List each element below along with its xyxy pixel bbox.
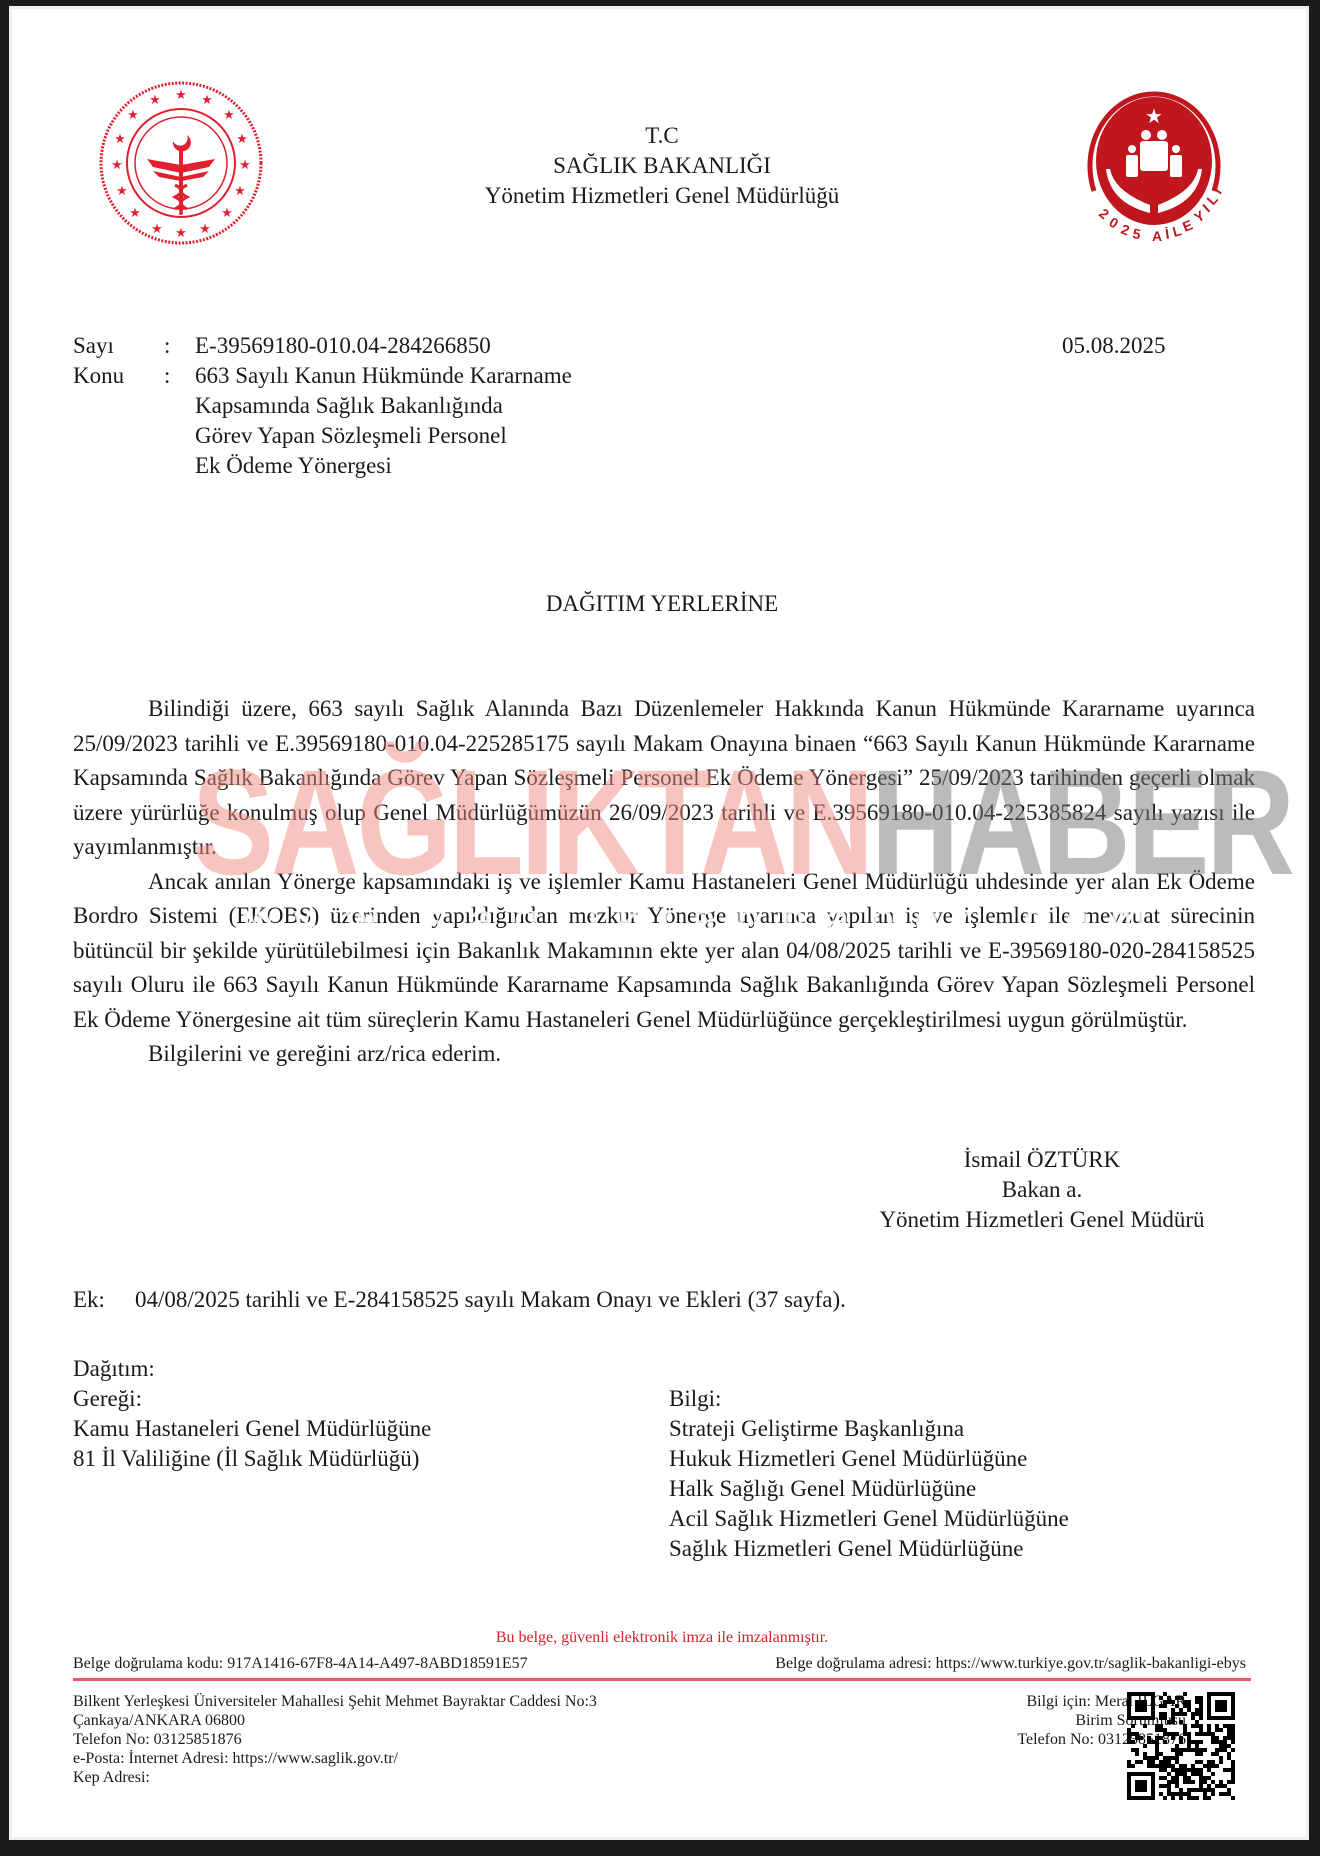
bilgi-label: Bilgi:: [669, 1384, 1069, 1414]
svg-text:★: ★: [223, 107, 235, 122]
verification-code: Belge doğrulama kodu: 917A1416-67F8-4A14…: [73, 1654, 528, 1674]
signer-role: Bakan a.: [832, 1175, 1252, 1205]
sayi-label: Sayı: [73, 331, 114, 361]
bilgi-item: Strateji Geliştirme Başkanlığına: [669, 1414, 1069, 1444]
svg-text:★: ★: [175, 87, 187, 102]
signer-title: Yönetim Hizmetleri Genel Müdürü: [832, 1205, 1252, 1235]
body-paragraph: Bilindiği üzere, 663 sayılı Sağlık Alanı…: [73, 692, 1255, 865]
svg-text:İ: İ: [1164, 226, 1170, 242]
svg-text:A: A: [1152, 228, 1162, 244]
attachment-label: Ek:: [73, 1285, 135, 1315]
bilgi-item: Halk Sağlığı Genel Müdürlüğüne: [669, 1474, 1069, 1504]
distribution-bilgi: Bilgi: Strateji Geliştirme Başkanlığına …: [669, 1384, 1069, 1564]
svg-text:★: ★: [149, 92, 161, 107]
verification-address[interactable]: Belge doğrulama adresi: https://www.turk…: [775, 1654, 1246, 1674]
gereği-item: Kamu Hastaneleri Genel Müdürlüğüne: [73, 1414, 431, 1444]
svg-text:★: ★: [175, 225, 187, 240]
body-paragraph: Ancak anılan Yönerge kapsamındaki iş ve …: [73, 865, 1255, 1038]
svg-text:★: ★: [151, 221, 163, 236]
bilgi-item: Sağlık Hizmetleri Genel Müdürlüğüne: [669, 1534, 1069, 1564]
letter-body: Bilindiği üzere, 663 sayılı Sağlık Alanı…: [73, 692, 1255, 1072]
family-year-logo-icon: ★ 2 0 2 5 A İ L E Y I L: [1070, 79, 1238, 249]
e-signature-note: Bu belge, güvenli elektronik imza ile im…: [12, 1629, 1312, 1647]
address-line: Telefon No: 03125851876: [73, 1730, 597, 1749]
svg-text:★: ★: [199, 221, 211, 236]
svg-text:★: ★: [127, 107, 139, 122]
svg-text:0: 0: [1107, 214, 1122, 232]
konu-label: Konu: [73, 361, 124, 391]
bilgi-item: Acil Sağlık Hizmetleri Genel Müdürlüğüne: [669, 1504, 1069, 1534]
address-line: e-Posta: İnternet Adresi: https://www.sa…: [73, 1749, 597, 1768]
konu-line: Kapsamında Sağlık Bakanlığında: [195, 391, 503, 421]
gereği-item: 81 İl Valiliğine (İl Sağlık Müdürlüğü): [73, 1444, 431, 1474]
attachment-text: 04/08/2025 tarihli ve E-284158525 sayılı…: [135, 1287, 846, 1312]
recipient-title: DAĞITIM YERLERİNE: [12, 589, 1312, 619]
address-line: Kep Adresi:: [73, 1768, 597, 1787]
footer-divider: [73, 1678, 1251, 1681]
signer-name: İsmail ÖZTÜRK: [832, 1145, 1252, 1175]
attachment-line: Ek:04/08/2025 tarihli ve E-284158525 say…: [73, 1285, 846, 1315]
konu-line: 663 Sayılı Kanun Hükmünde Kararname: [195, 361, 572, 391]
svg-text:E: E: [1180, 216, 1195, 234]
sayi-value: E-39569180-010.04-284266850: [195, 331, 491, 361]
document-date: 05.08.2025: [1062, 331, 1166, 361]
bilgi-item: Hukuk Hizmetleri Genel Müdürlüğüne: [669, 1444, 1069, 1474]
konu-colon: :: [164, 361, 170, 391]
signature-block: İsmail ÖZTÜRK Bakan a. Yönetim Hizmetler…: [832, 1145, 1252, 1235]
address-line: Çankaya/ANKARA 06800: [73, 1711, 597, 1730]
gereği-label: Gereği:: [73, 1384, 431, 1414]
address-line: Bilkent Yerleşkesi Üniversiteler Mahalle…: [73, 1692, 597, 1711]
qr-code-icon: [1127, 1692, 1235, 1800]
sayi-colon: :: [164, 331, 170, 361]
svg-text:5: 5: [1131, 225, 1142, 242]
document-page: ★ ★ ★ ★ ★ ★ ★ ★ ★ ★ ★ ★ ★ ★ ★ ★: [9, 6, 1309, 1840]
svg-text:★: ★: [1145, 106, 1163, 128]
konu-line: Ek Ödeme Yönergesi: [195, 451, 392, 481]
svg-text:★: ★: [201, 92, 213, 107]
svg-text:2: 2: [1119, 221, 1132, 239]
body-paragraph: Bilgilerini ve gereğini arz/rica ederim.: [73, 1037, 1255, 1072]
ministry-address: Bilkent Yerleşkesi Üniversiteler Mahalle…: [73, 1692, 597, 1787]
distribution-title: Dağıtım:: [73, 1354, 431, 1384]
konu-line: Görev Yapan Sözleşmeli Personel: [195, 421, 507, 451]
distribution-gereği: Dağıtım: Gereği: Kamu Hastaneleri Genel …: [73, 1354, 431, 1474]
